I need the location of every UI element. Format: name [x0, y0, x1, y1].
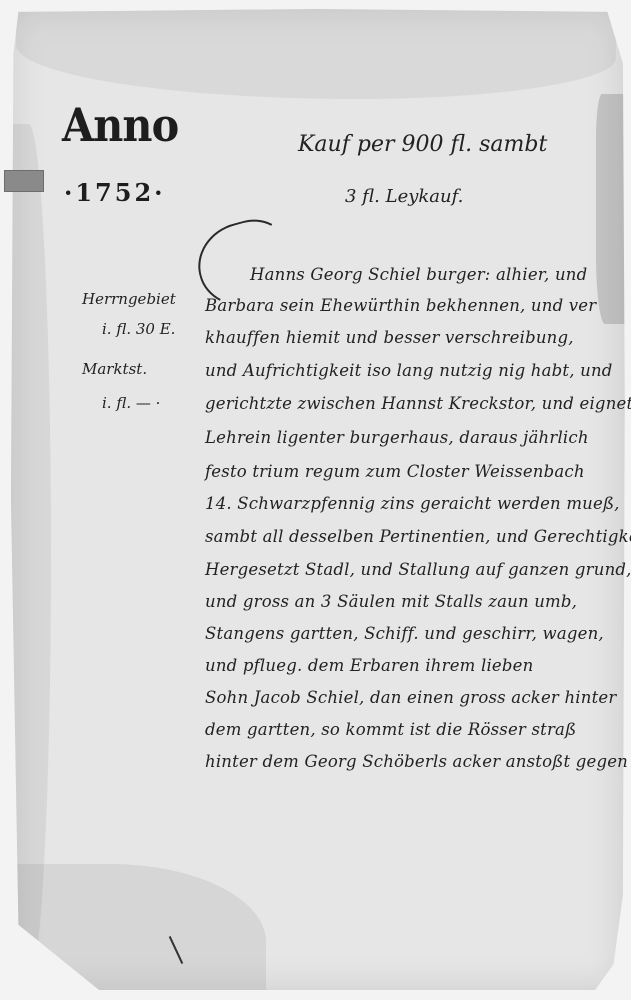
body-line: festo trium regum zum Closter Weissenbac…: [205, 462, 585, 481]
body-line: Stangens gartten, Schiff. und geschirr, …: [205, 624, 604, 643]
anno-year: ·1752·: [64, 178, 166, 207]
body-line: Hergesetzt Stadl, und Stallung auf ganze…: [205, 560, 631, 579]
margin-note: i. fl. 30 E.: [102, 320, 175, 338]
body-line: und pflueg. dem Erbaren ihrem lieben: [205, 656, 533, 675]
body-line: und Aufrichtigkeit iso lang nutzig nig h…: [205, 361, 613, 380]
body-line: khauffen hiemit und besser verschreibung…: [205, 328, 574, 347]
water-stain-top: [16, 4, 616, 99]
body-line: Barbara sein Ehewürthin bekhennen, und v…: [205, 296, 596, 315]
water-stain-bottom: [6, 864, 266, 994]
anno-title: Anno: [62, 98, 178, 152]
body-line: hinter dem Georg Schöberls acker anstoßt…: [205, 752, 631, 771]
margin-note: i. fl. — ·: [102, 394, 160, 412]
binding-tab: [4, 170, 44, 192]
body-line: Hanns Georg Schiel burger: alhier, und: [250, 265, 587, 284]
body-line: sambt all desselben Pertinentien, und Ge…: [205, 527, 631, 546]
body-line: Lehrein ligenter burgerhaus, daraus jähr…: [205, 428, 589, 447]
body-line: dem gartten, so kommt ist die Rösser str…: [205, 720, 576, 739]
water-stain-left: [6, 124, 51, 984]
heading-line-2: 3 fl. Leykauf.: [345, 186, 463, 207]
body-line: Sohn Jacob Schiel, dan einen gross acker…: [205, 688, 616, 707]
body-line: 14. Schwarzpfennig zins geraicht werden …: [205, 494, 620, 513]
body-line: und gross an 3 Säulen mit Stalls zaun um…: [205, 592, 577, 611]
torn-edge-right: [596, 94, 626, 324]
margin-note: Herrngebiet: [82, 290, 176, 308]
heading-line-1: Kauf per 900 fl. sambt: [298, 132, 547, 157]
body-line: gerichtzte zwischen Hannst Kreckstor, un…: [205, 394, 631, 413]
margin-note: Marktst.: [82, 360, 147, 378]
